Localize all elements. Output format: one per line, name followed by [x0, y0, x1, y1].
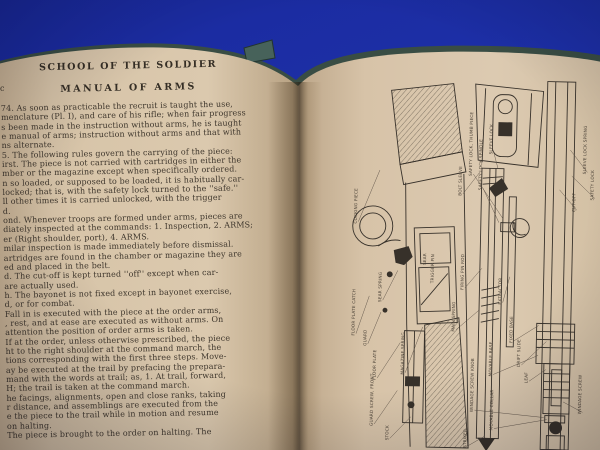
left-page: SCHOOL OF THE SOLDIER MANUAL OF ARMS 74.… [0, 58, 263, 440]
diagram-label: STOCK [384, 425, 389, 440]
label-leader-line [358, 170, 380, 222]
diagram-label: MAGAZINE SPRING [400, 332, 406, 375]
rifle-diagram: COCKING PIECESEAR SPRINGFLOOR PLATE CATC… [338, 73, 600, 450]
diagram-label: WINDAGE SCREW [577, 375, 583, 415]
stock-hatch [422, 317, 471, 448]
diagram-label: FIXED BASE [508, 316, 514, 343]
book-photo-scene: SCHOOL OF THE SOLDIER MANUAL OF ARMS 74.… [0, 0, 600, 450]
section-heading: MANUAL OF ARMS [0, 80, 256, 96]
diagram-label: STRIKER [462, 429, 467, 448]
diagram-label: WINDAGE SCREW KNOB [469, 358, 475, 412]
diagram-label: SEAR [422, 253, 427, 265]
diagram-label: SLEEVE LOCK SPRING [582, 125, 588, 174]
label-leader-line [503, 277, 510, 303]
diagram-labels: COCKING PIECESEAR SPRINGFLOOR PLATE CATC… [348, 109, 596, 450]
windage-knob [549, 422, 561, 434]
trigger-guard [352, 206, 393, 247]
diagram-label: SAFETY LOCK SPINDLE [478, 139, 484, 190]
diagram-label: MAIN SPRING [451, 301, 457, 331]
receiver-cutaway [348, 82, 476, 448]
label-leader-line [374, 390, 397, 424]
diagram-label: EXTRACTOR [497, 278, 503, 305]
label-leader-line [390, 416, 411, 438]
striker-tip [478, 438, 494, 450]
cut-margin-text: c [0, 84, 4, 93]
diagram-label: GUARD SCREW, FRONT [369, 373, 375, 426]
diagram-label: SEAR SPRING [377, 272, 383, 302]
diagram-label: GUARD [362, 329, 367, 345]
book-gutter [268, 82, 322, 450]
diagram-label: SAFETY LOCK [589, 170, 595, 201]
diagram-label: TRIGGER PIN [430, 254, 436, 284]
diagram-label: SLEEVE LOCK [488, 124, 494, 155]
label-leader-line [514, 325, 539, 342]
barrel-assembly [534, 81, 580, 450]
body-text: 74. As soon as practicable the recruit i… [1, 99, 263, 440]
diagram-label: MOVABLE BASE [488, 341, 494, 376]
diagram-label: FIRING PIN ROD [459, 254, 465, 290]
diagram-label: COCKING PIECE [353, 188, 359, 224]
diagram-label: BOLT SLEEVE [457, 166, 463, 196]
diagram-label: LEAF [523, 372, 528, 384]
bolt-assembly [468, 84, 544, 450]
label-leader-line [368, 312, 381, 344]
diagram-label: CUT-OFF [571, 192, 576, 212]
diagram-label: SAFETY LOCK, THUMB PIECE [468, 111, 474, 176]
diagram-label: MOVABLE COLLAR [488, 389, 494, 430]
label-leader-line [494, 419, 547, 430]
label-leader-line [356, 296, 369, 334]
diagram-label: FLOOR PLATE CATCH [350, 289, 356, 336]
label-leader-line [377, 342, 400, 378]
